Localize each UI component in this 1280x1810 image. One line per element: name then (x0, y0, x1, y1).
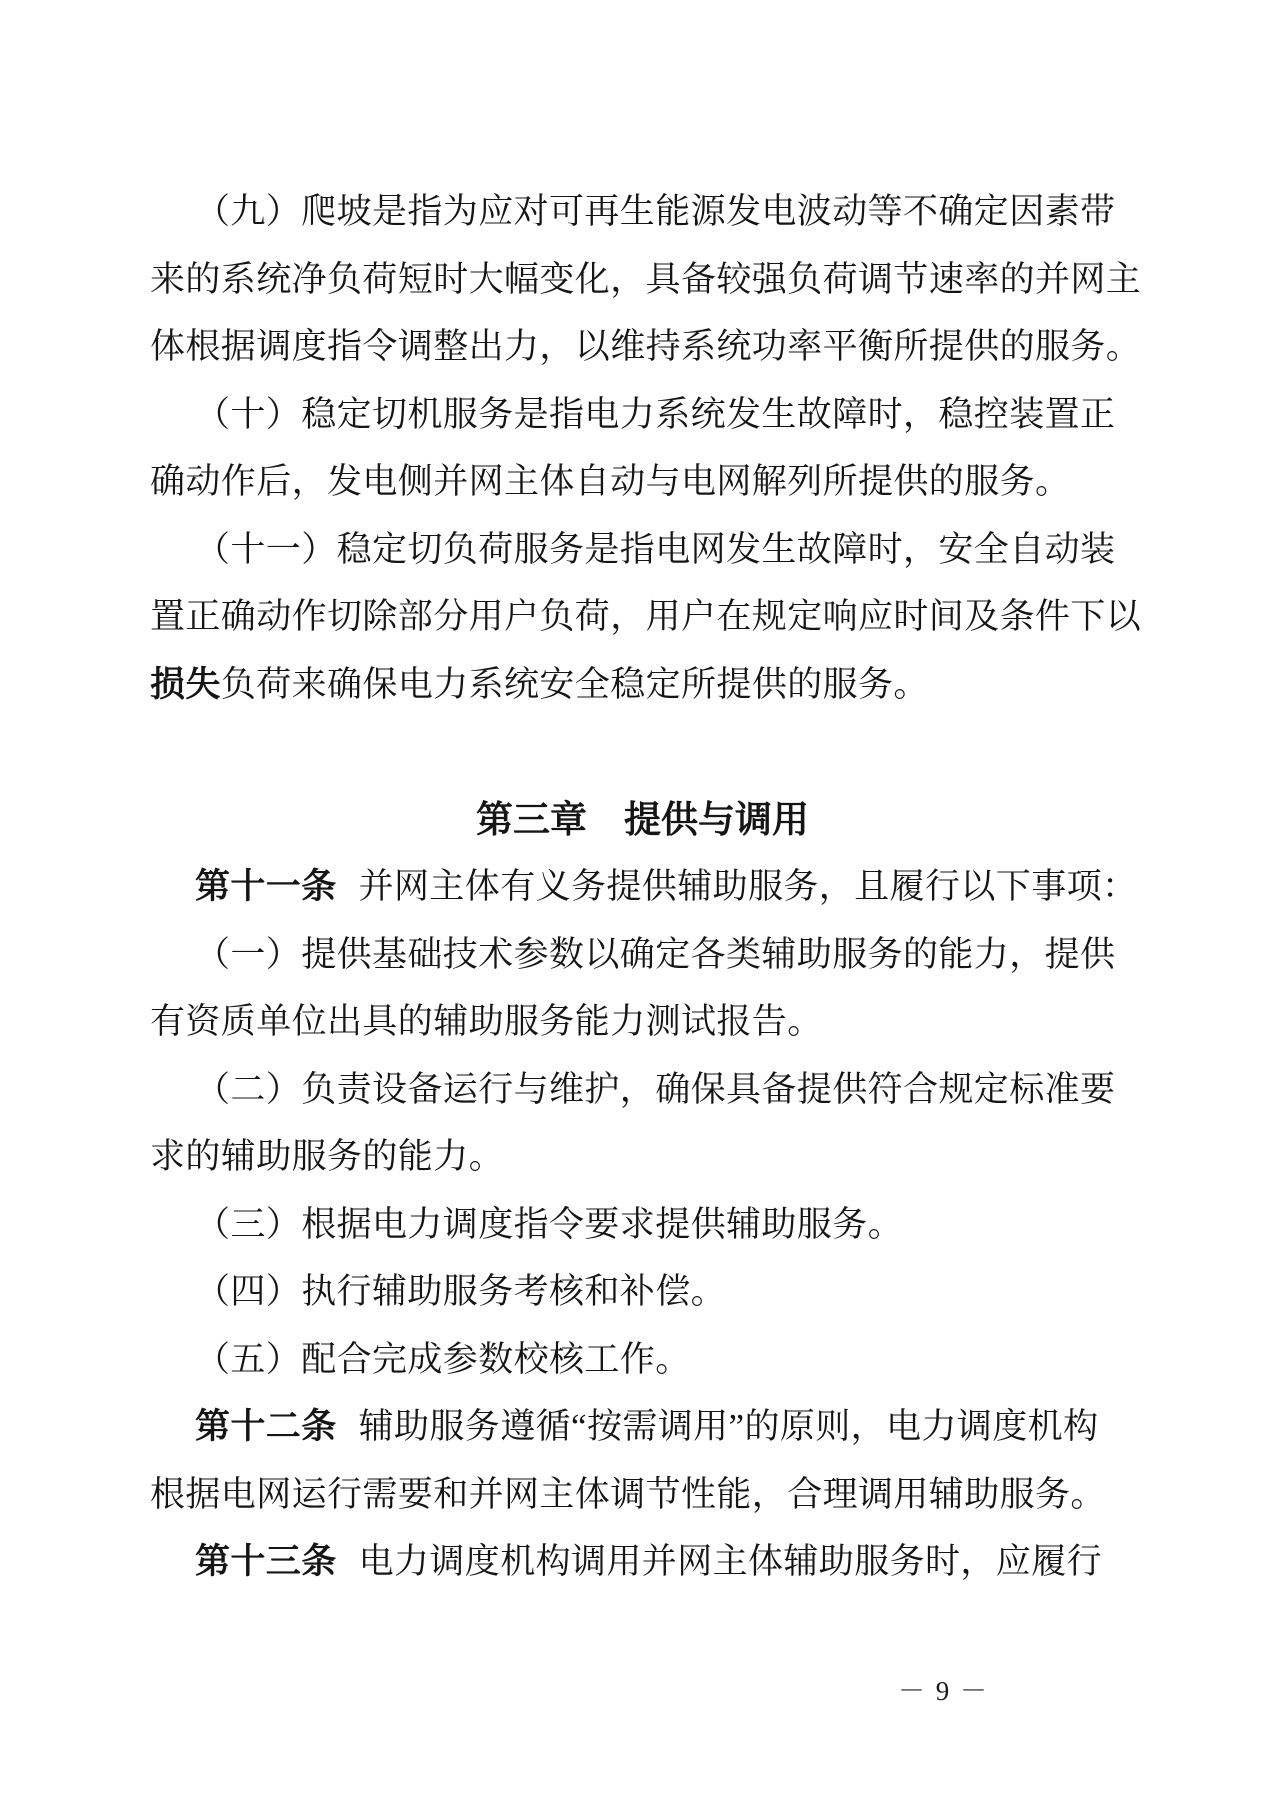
paragraph-text: 确动作后，发电侧并网主体自动与电网解列所提供的服务。 (150, 462, 1070, 501)
paragraph-line: 有资质单位出具的辅助服务能力测试报告。 (150, 988, 1135, 1056)
paragraph-text: 体根据调度指令调整出力，以维持系统功率平衡所提供的服务。 (150, 327, 1141, 366)
document-body: （九）爬坡是指为应对可再生能源发电波动等不确定因素带 来的系统净负荷短时大幅变化… (150, 178, 1135, 1596)
paragraph-text: （十）稳定切机服务是指电力系统发生故障时，稳控装置正 (195, 395, 1115, 434)
paragraph-line: （二）负责设备运行与维护，确保具备提供符合规定标准要 (150, 1056, 1135, 1124)
paragraph-text: （四）执行辅助服务考核和补偿。 (195, 1272, 726, 1311)
paragraph-text: （二）负责设备运行与维护，确保具备提供符合规定标准要 (195, 1070, 1115, 1109)
paragraph-line: 损失负荷来确保电力系统安全稳定所提供的服务。 (150, 651, 1135, 719)
paragraph-text: 电力调度机构调用并网主体辅助服务时，应履行 (359, 1542, 1102, 1581)
page-number: － 9 － (898, 1674, 989, 1708)
paragraph-line: 第十一条并网主体有义务提供辅助服务，且履行以下事项： (150, 853, 1135, 921)
paragraph-text: （五）配合完成参数校核工作。 (195, 1340, 691, 1379)
paragraph-text: 置正确动作切除部分用户负荷，用户在规定响应时间及条件下以 (150, 597, 1141, 636)
paragraph-line: （三）根据电力调度指令要求提供辅助服务。 (150, 1191, 1135, 1259)
paragraph-line: 置正确动作切除部分用户负荷，用户在规定响应时间及条件下以 (150, 583, 1135, 651)
paragraph-text: （九）爬坡是指为应对可再生能源发电波动等不确定因素带 (195, 192, 1115, 231)
paragraph-line: （十一）稳定切负荷服务是指电网发生故障时，安全自动装 (150, 516, 1135, 584)
chapter-heading: 第三章 提供与调用 (150, 786, 1135, 854)
article-number: 第十二条 (195, 1407, 337, 1446)
paragraph-text: 来的系统净负荷短时大幅变化，具备较强负荷调节速率的并网主 (150, 260, 1141, 299)
blank-line (150, 718, 1135, 786)
paragraph-text: （三）根据电力调度指令要求提供辅助服务。 (195, 1205, 903, 1244)
paragraph-text: 辅助服务遵循“按需调用”的原则，电力调度机构 (359, 1407, 1099, 1446)
paragraph-text: 有资质单位出具的辅助服务能力测试报告。 (150, 1002, 823, 1041)
paragraph-line: 根据电网运行需要和并网主体调节性能，合理调用辅助服务。 (150, 1461, 1135, 1529)
article-number: 第十三条 (195, 1542, 337, 1581)
paragraph-line: 来的系统净负荷短时大幅变化，具备较强负荷调节速率的并网主 (150, 246, 1135, 314)
paragraph-text: 负荷来确保电力系统安全稳定所提供的服务。 (221, 665, 929, 704)
paragraph-line: 第十三条电力调度机构调用并网主体辅助服务时，应履行 (150, 1528, 1135, 1596)
paragraph-line: 求的辅助服务的能力。 (150, 1123, 1135, 1191)
paragraph-line: （十）稳定切机服务是指电力系统发生故障时，稳控装置正 (150, 381, 1135, 449)
paragraph-text: （一）提供基础技术参数以确定各类辅助服务的能力，提供 (195, 935, 1115, 974)
paragraph-line: 第十二条辅助服务遵循“按需调用”的原则，电力调度机构 (150, 1393, 1135, 1461)
paragraph-line: 确动作后，发电侧并网主体自动与电网解列所提供的服务。 (150, 448, 1135, 516)
paragraph-line: （五）配合完成参数校核工作。 (150, 1326, 1135, 1394)
paragraph-line: （一）提供基础技术参数以确定各类辅助服务的能力，提供 (150, 921, 1135, 989)
paragraph-text: 根据电网运行需要和并网主体调节性能，合理调用辅助服务。 (150, 1475, 1106, 1514)
article-number: 第十一条 (195, 867, 337, 906)
paragraph-text: 求的辅助服务的能力。 (150, 1137, 504, 1176)
paragraph-line: （九）爬坡是指为应对可再生能源发电波动等不确定因素带 (150, 178, 1135, 246)
paragraph-text: （十一）稳定切负荷服务是指电网发生故障时，安全自动装 (195, 530, 1115, 569)
paragraph-text: 并网主体有义务提供辅助服务，且履行以下事项： (359, 867, 1138, 906)
paragraph-line: 体根据调度指令调整出力，以维持系统功率平衡所提供的服务。 (150, 313, 1135, 381)
emphasized-term: 损失 (150, 665, 221, 704)
document-page: （九）爬坡是指为应对可再生能源发电波动等不确定因素带 来的系统净负荷短时大幅变化… (0, 0, 1280, 1810)
paragraph-line: （四）执行辅助服务考核和补偿。 (150, 1258, 1135, 1326)
